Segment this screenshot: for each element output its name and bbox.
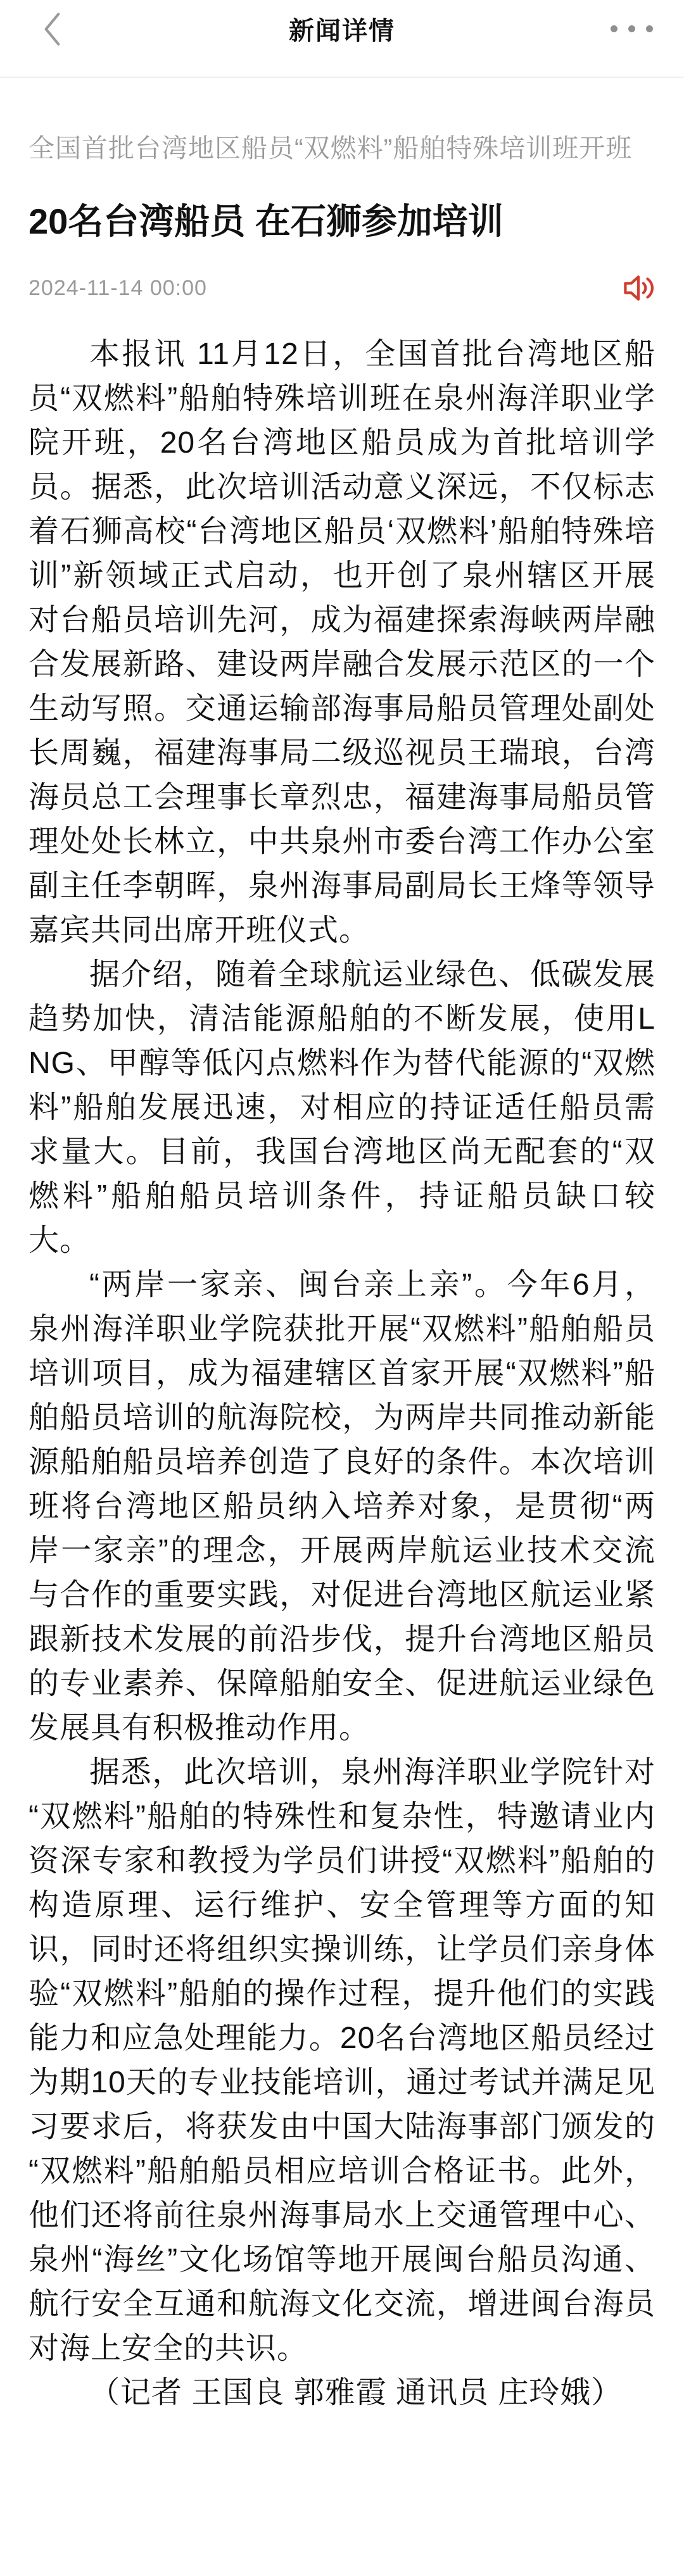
more-button[interactable] <box>603 4 660 54</box>
byline: （记者 王国良 郭雅霞 通讯员 庄玲娥） <box>28 2371 655 2415</box>
chevron-left-icon <box>40 9 65 49</box>
paragraph-4: 据悉，此次培训，泉州海洋职业学院针对“双燃料”船舶的特殊性和复杂性，特邀请业内资… <box>28 1750 655 2371</box>
article-subtitle: 全国首批台湾地区船员“双燃料”船舶特殊培训班开班 <box>28 129 655 168</box>
publish-date: 2024-11-14 00:00 <box>28 276 207 301</box>
navbar: 新闻详情 <box>0 0 684 78</box>
article-content: 全国首批台湾地区船员“双燃料”船舶特殊培训班开班 20名台湾船员 在石狮参加培训… <box>0 129 684 2415</box>
page-title: 新闻详情 <box>81 11 603 47</box>
news-detail-page: 新闻详情 全国首批台湾地区船员“双燃料”船舶特殊培训班开班 20名台湾船员 在石… <box>0 0 684 2576</box>
meta-row: 2024-11-14 00:00 <box>28 270 655 306</box>
article-body: 本报讯 11月12日，全国首批台湾地区船员“双燃料”船舶特殊培训班在泉州海洋职业… <box>28 332 655 2415</box>
paragraph-2: 据介绍，随着全球航运业绿色、低碳发展趋势加快，清洁能源船舶的不断发展，使用LNG… <box>28 953 655 1263</box>
paragraph-1: 本报讯 11月12日，全国首批台湾地区船员“双燃料”船舶特殊培训班在泉州海洋职业… <box>28 332 655 953</box>
audio-button[interactable] <box>620 270 655 306</box>
ellipsis-icon <box>611 25 653 32</box>
article-title: 20名台湾船员 在石狮参加培训 <box>28 201 655 242</box>
back-button[interactable] <box>24 4 81 54</box>
speaker-icon <box>620 270 655 306</box>
paragraph-3: “两岸一家亲、闽台亲上亲”。今年6月，泉州海洋职业学院获批开展“双燃料”船舶船员… <box>28 1263 655 1750</box>
